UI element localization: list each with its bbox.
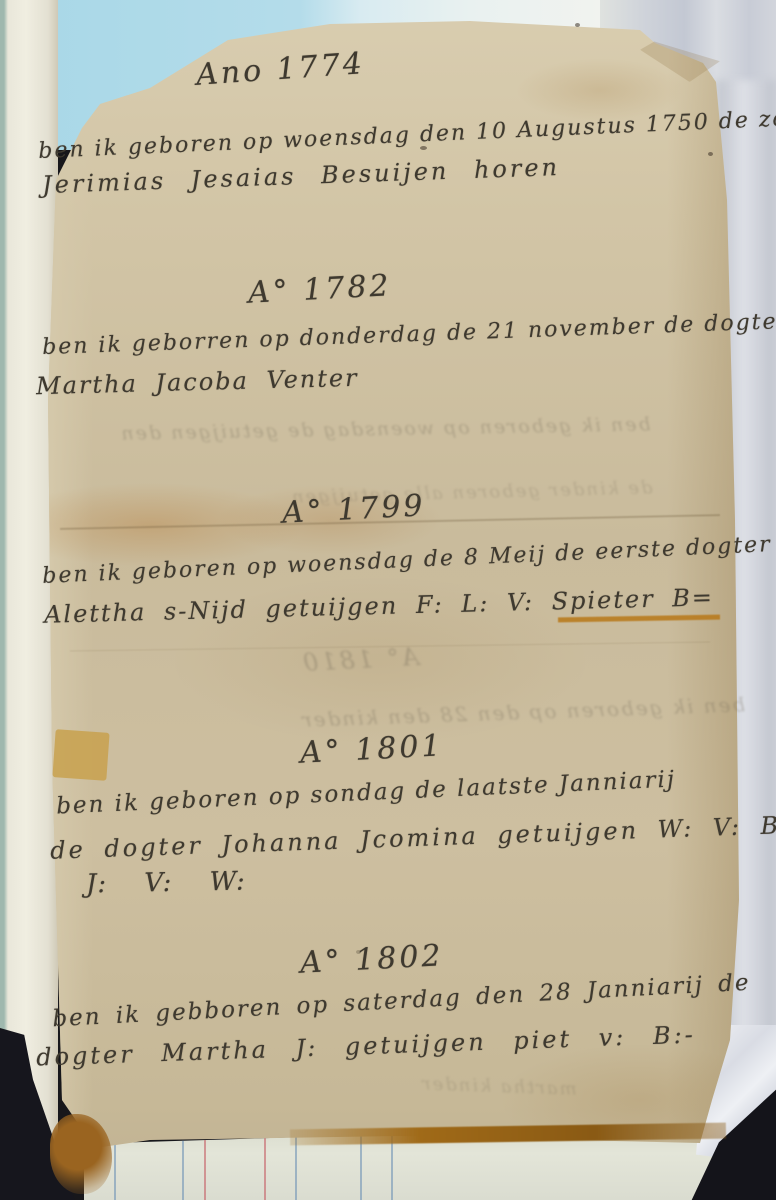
tape-piece <box>52 729 109 781</box>
entry-1801-line: J: V: W: <box>86 867 247 900</box>
entry-1802-heading: A° 1802 <box>299 938 444 980</box>
entry-1782-heading: A° 1782 <box>247 268 392 310</box>
entry-1801-heading: A° 1801 <box>299 728 444 770</box>
entry-1799-heading: A° 1799 <box>281 488 426 530</box>
photograph-of-manuscript: ben ik geboren op woensdag de getuijgen … <box>0 0 776 1200</box>
ink-speck <box>708 152 713 156</box>
ink-speck <box>575 23 580 27</box>
